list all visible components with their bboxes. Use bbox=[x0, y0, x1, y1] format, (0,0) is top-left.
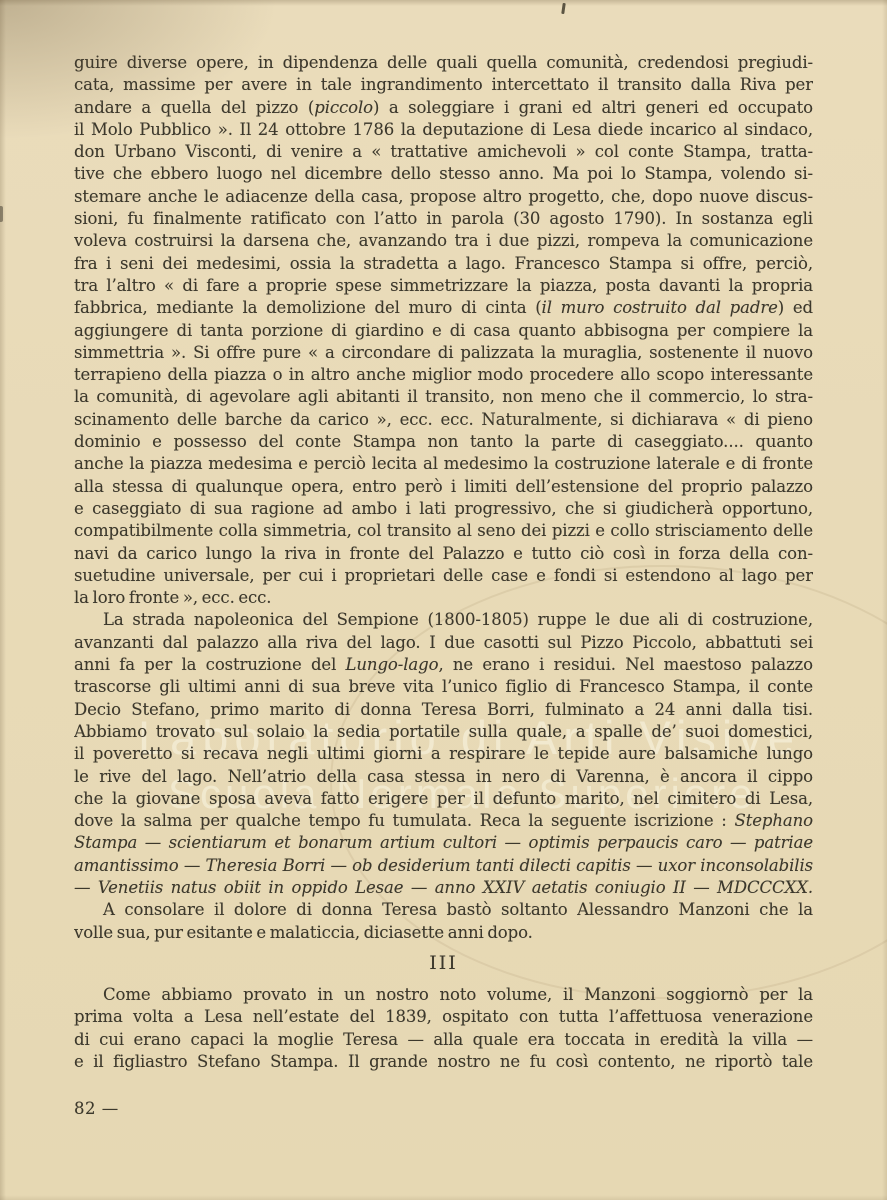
scan-edge-top bbox=[0, 0, 887, 6]
text-line: fabbrica, mediante la demolizione del mu… bbox=[74, 297, 813, 319]
text-line: sioni, fu finalmente ratificato con l’at… bbox=[74, 208, 813, 230]
text-line: la loro fronte », ecc. ecc. bbox=[74, 587, 813, 609]
text-line: Decio Stefano, primo marito di donna Ter… bbox=[74, 699, 813, 721]
text-line: il poveretto si recava negli ultimi gior… bbox=[74, 743, 813, 765]
text-line: aggiungere di tanta porzione di giardino… bbox=[74, 320, 813, 342]
text-line: dove la salma per qualche tempo fu tumul… bbox=[74, 810, 813, 832]
text-line: terrapieno della piazza o in altro anche… bbox=[74, 364, 813, 386]
text-line: suetudine universale, per cui i propriet… bbox=[74, 565, 813, 587]
paragraph: La strada napoleonica del Sempione (1800… bbox=[74, 609, 813, 899]
text-line: tive che ebbero luogo nel dicembre dello… bbox=[74, 163, 813, 185]
text-line: compatibilmente colla simmetria, col tra… bbox=[74, 520, 813, 542]
text-line: navi da carico lungo la riva in fronte d… bbox=[74, 543, 813, 565]
text-line: le rive del lago. Nell’atrio della casa … bbox=[74, 766, 813, 788]
text-line: dominio e possesso del conte Stampa non … bbox=[74, 431, 813, 453]
scan-edge-right bbox=[882, 0, 887, 1200]
text-line: A consolare il dolore di donna Teresa ba… bbox=[74, 899, 813, 921]
text-line: stemare anche le adiacenze della casa, p… bbox=[74, 186, 813, 208]
scan-edge-bottom bbox=[0, 1195, 887, 1200]
text-line: scinamento delle barche da carico », ecc… bbox=[74, 409, 813, 431]
scan-corner-shadow bbox=[0, 0, 280, 140]
text-line: tra l’altro « di fare a proprie spese si… bbox=[74, 275, 813, 297]
text-line: don Urbano Visconti, di venire a « tratt… bbox=[74, 141, 813, 163]
text-line: la comunità, di agevolare agli abitanti … bbox=[74, 386, 813, 408]
text-line: avanzanti dal palazzo alla riva del lago… bbox=[74, 632, 813, 654]
text-line: che la giovane sposa aveva fatto erigere… bbox=[74, 788, 813, 810]
section-heading: III bbox=[74, 952, 813, 974]
text-line: e caseggiato di sua ragione ad ambo i la… bbox=[74, 498, 813, 520]
text-block: guire diverse opere, in dipendenza delle… bbox=[74, 52, 813, 1073]
text-line: volle sua, pur esitante e malaticcia, di… bbox=[74, 922, 813, 944]
text-line: fra i seni dei medesimi, ossia la strade… bbox=[74, 253, 813, 275]
text-line: Stampa — scientiarum et bonarum artium c… bbox=[74, 832, 813, 854]
text-line: simmettria ». Si offre pure « a circonda… bbox=[74, 342, 813, 364]
text-line: anni fa per la costruzione del Lungo-lag… bbox=[74, 654, 813, 676]
scan-edge-left bbox=[0, 0, 6, 1200]
text-line: La strada napoleonica del Sempione (1800… bbox=[74, 609, 813, 631]
page-number: 82 — bbox=[74, 1099, 119, 1118]
text-line: alla stessa di qualunque opera, entro pe… bbox=[74, 476, 813, 498]
text-line: amantissimo — Theresia Borri — ob deside… bbox=[74, 855, 813, 877]
paragraph: Come abbiamo provato in un nostro noto v… bbox=[74, 984, 813, 1073]
paragraph: A consolare il dolore di donna Teresa ba… bbox=[74, 899, 813, 944]
scan-mark bbox=[0, 206, 3, 222]
text-line: prima volta a Lesa nell’estate del 1839,… bbox=[74, 1006, 813, 1028]
text-line: di cui erano capaci la moglie Teresa — a… bbox=[74, 1029, 813, 1051]
text-line: anche la piazza medesima e perciò lecita… bbox=[74, 453, 813, 475]
text-line: Come abbiamo provato in un nostro noto v… bbox=[74, 984, 813, 1006]
text-line: voleva costruirsi la darsena che, avanza… bbox=[74, 230, 813, 252]
text-line: trascorse gli ultimi anni di sua breve v… bbox=[74, 676, 813, 698]
text-line: Abbiamo trovato sul solaio la sedia port… bbox=[74, 721, 813, 743]
text-line: e il figliastro Stefano Stampa. Il grand… bbox=[74, 1051, 813, 1073]
text-line: — Venetiis natus obiit in oppido Lesae —… bbox=[74, 877, 813, 899]
